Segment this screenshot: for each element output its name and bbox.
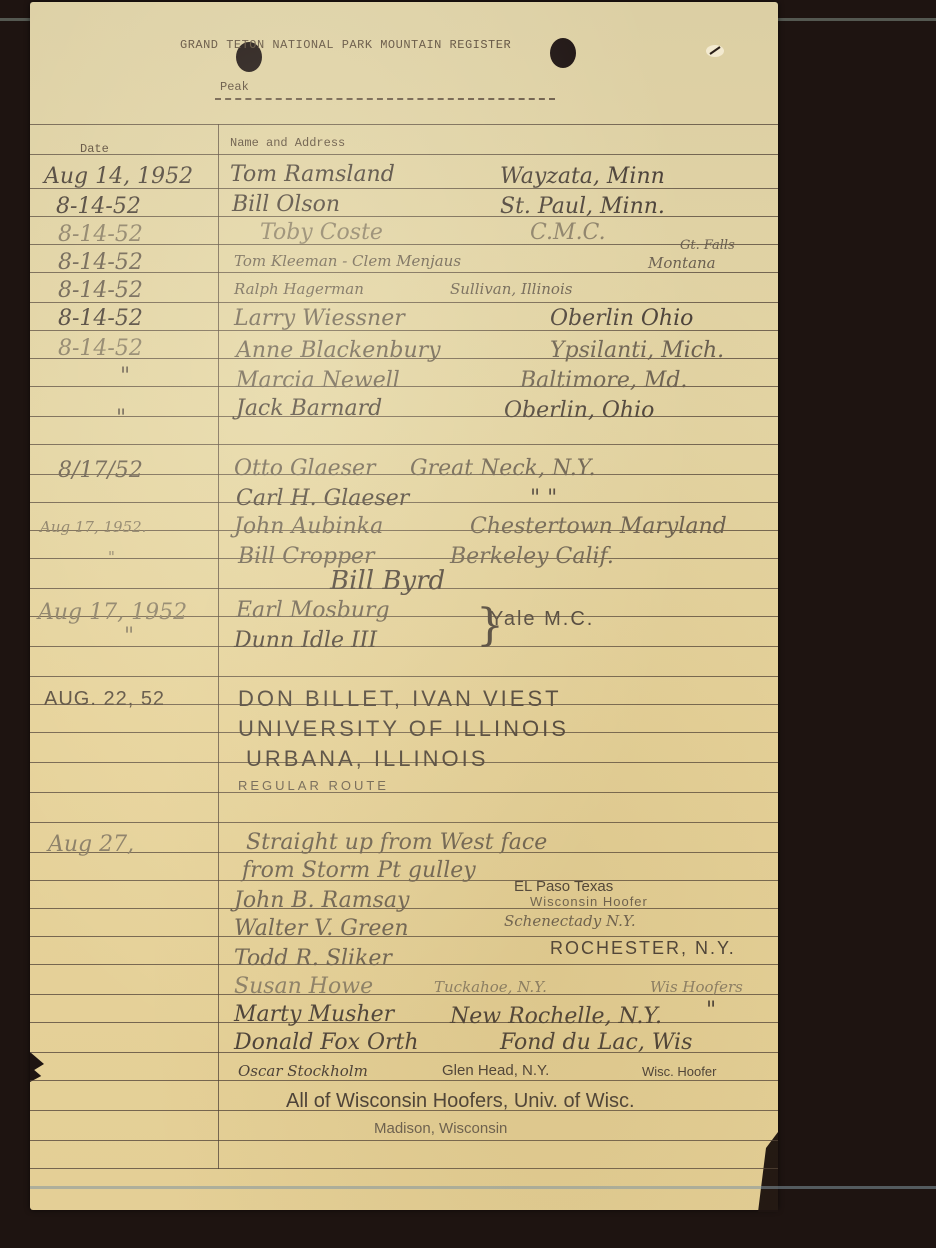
ruled-line bbox=[30, 676, 778, 677]
ruled-line bbox=[30, 1080, 778, 1081]
ruled-line bbox=[30, 822, 778, 823]
entry-address: Sullivan, Illinois bbox=[450, 280, 572, 298]
entry-name: DON BILLET, IVAN VIEST bbox=[238, 686, 562, 712]
entry-name: Tom Kleeman - Clem Menjaus bbox=[234, 252, 461, 270]
entry-name: John B. Ramsay bbox=[234, 888, 409, 913]
entry-note: Gt. Falls bbox=[680, 238, 735, 253]
entry-date: " bbox=[124, 624, 134, 649]
entry-address: ROCHESTER, N.Y. bbox=[550, 938, 736, 959]
entry-note: REGULAR ROUTE bbox=[238, 778, 389, 793]
ruled-line bbox=[30, 444, 778, 445]
entry-note: Wisconsin Hoofer bbox=[530, 894, 648, 909]
entry-date: Aug 17, 1952 bbox=[38, 600, 187, 625]
entry-date: " bbox=[120, 364, 130, 389]
entry-date: " bbox=[108, 548, 115, 566]
entry-address: Montana bbox=[648, 254, 716, 272]
ruled-line bbox=[30, 416, 778, 417]
ruled-line bbox=[30, 732, 778, 733]
entry-name: Ralph Hagerman bbox=[234, 280, 364, 298]
ruled-line bbox=[30, 908, 778, 909]
entry-note: from Storm Pt gulley bbox=[242, 858, 476, 883]
column-divider bbox=[218, 124, 219, 1169]
entry-name: Tom Ramsland bbox=[230, 162, 395, 187]
ruled-line bbox=[30, 302, 778, 303]
ruled-line bbox=[30, 558, 778, 559]
entry-address: " " bbox=[530, 486, 557, 511]
entry-address: Schenectady N.Y. bbox=[504, 912, 636, 930]
entry-date: 8/17/52 bbox=[58, 458, 143, 483]
entry-name: Bill Byrd bbox=[330, 566, 445, 596]
entry-date: 8-14-52 bbox=[58, 306, 143, 331]
entry-name: Carl H. Glaeser bbox=[236, 486, 409, 511]
ruled-line bbox=[30, 1110, 778, 1111]
entry-name: UNIVERSITY OF ILLINOIS bbox=[238, 716, 569, 742]
ruled-line bbox=[30, 792, 778, 793]
entry-address: Berkeley Calif. bbox=[450, 544, 614, 569]
entry-address: Oberlin Ohio bbox=[550, 306, 693, 331]
entry-name: Marcia Newell bbox=[236, 368, 400, 393]
entry-note: Straight up from West face bbox=[246, 830, 547, 855]
entry-date: Aug 14, 1952 bbox=[44, 164, 193, 189]
ruled-line bbox=[30, 386, 778, 387]
entry-address: Wayzata, Minn bbox=[500, 164, 665, 189]
register-sheet: GRAND TETON NATIONAL PARK MOUNTAIN REGIS… bbox=[30, 2, 778, 1210]
ruled-line bbox=[30, 530, 778, 531]
entry-name: Donald Fox Orth bbox=[234, 1030, 419, 1055]
entry-name: Susan Howe bbox=[234, 974, 373, 999]
entry-date: " bbox=[116, 406, 126, 431]
column-name-address: Name and Address bbox=[230, 136, 345, 150]
entry-address: St. Paul, Minn. bbox=[500, 194, 665, 219]
ruled-line bbox=[30, 358, 778, 359]
entry-name: Bill Cropper bbox=[238, 544, 375, 569]
ruled-line bbox=[30, 188, 778, 189]
entry-date: 8-14-52 bbox=[58, 250, 143, 275]
ruled-line bbox=[30, 936, 778, 937]
entry-address: C.M.C. bbox=[530, 220, 606, 245]
entry-name: Jack Barnard bbox=[236, 396, 382, 421]
ruled-line bbox=[30, 216, 778, 217]
ruled-line bbox=[30, 330, 778, 331]
ruled-line bbox=[30, 1140, 778, 1141]
ruled-line bbox=[30, 272, 778, 273]
entry-name: Dunn Idle III bbox=[234, 628, 377, 653]
ruled-line bbox=[30, 588, 778, 589]
entry-address: Oberlin, Ohio bbox=[504, 398, 654, 423]
entry-note: " bbox=[706, 998, 716, 1023]
entry-date: AUG. 22, 52 bbox=[44, 688, 165, 711]
brace-mark: } bbox=[476, 600, 504, 651]
entry-address: Ypsilanti, Mich. bbox=[550, 338, 724, 363]
ruled-line bbox=[30, 762, 778, 763]
form-title: GRAND TETON NATIONAL PARK MOUNTAIN REGIS… bbox=[180, 38, 511, 52]
torn-edge-right bbox=[758, 1132, 778, 1212]
entry-name: Bill Olson bbox=[232, 192, 340, 217]
entry-address: EL Paso Texas bbox=[514, 878, 613, 895]
torn-edge-left bbox=[30, 1052, 44, 1082]
entry-name: Larry Wiessner bbox=[234, 306, 405, 331]
ruled-line bbox=[30, 1022, 778, 1023]
entry-date: 8-14-52 bbox=[58, 336, 143, 361]
entry-name: Walter V. Green bbox=[234, 916, 409, 941]
entry-address: Chestertown Maryland bbox=[470, 514, 727, 539]
ruled-line bbox=[30, 880, 778, 881]
punch-hole-left bbox=[236, 42, 262, 72]
entry-name: Oscar Stockholm bbox=[238, 1062, 368, 1080]
entry-name: Anne Blackenbury bbox=[236, 338, 441, 363]
entry-note: Wisc. Hoofer bbox=[642, 1064, 716, 1079]
entry-name: URBANA, ILLINOIS bbox=[246, 746, 488, 772]
ruled-line bbox=[30, 502, 778, 503]
entry-address: Baltimore, Md. bbox=[520, 368, 687, 393]
ruled-line bbox=[30, 994, 778, 995]
ruled-line bbox=[30, 1052, 778, 1053]
entry-address: Yale M.C. bbox=[490, 608, 594, 631]
ruled-line bbox=[30, 244, 778, 245]
ruled-line bbox=[30, 1168, 778, 1169]
entry-name: John Aubinka bbox=[234, 514, 383, 539]
ruled-line bbox=[30, 616, 778, 617]
entry-address: Glen Head, N.Y. bbox=[442, 1062, 549, 1079]
column-date: Date bbox=[80, 142, 109, 156]
ruled-line bbox=[30, 474, 778, 475]
entry-address: New Rochelle, N.Y. bbox=[450, 1004, 662, 1029]
entry-note: Madison, Wisconsin bbox=[374, 1120, 507, 1137]
ruled-line bbox=[30, 646, 778, 647]
peak-field bbox=[215, 98, 555, 100]
entry-name: Toby Coste bbox=[260, 220, 383, 245]
header-rule bbox=[30, 124, 778, 125]
ruled-line bbox=[30, 964, 778, 965]
frame-glass-reflection bbox=[30, 1186, 936, 1189]
entry-date: Aug 27, bbox=[48, 832, 134, 857]
entry-address: Tuckahoe, N.Y. bbox=[434, 978, 547, 996]
entry-address: Fond du Lac, Wis bbox=[500, 1030, 692, 1055]
entry-note: Wis Hoofers bbox=[650, 978, 743, 996]
entry-date: Aug 17, 1952. bbox=[40, 518, 146, 536]
entry-name: Todd R. Sliker bbox=[234, 946, 392, 971]
entry-date: 8-14-52 bbox=[58, 278, 143, 303]
peak-label: Peak bbox=[220, 80, 249, 94]
entry-date: 8-14-52 bbox=[58, 222, 143, 247]
entry-address: Great Neck, N.Y. bbox=[410, 456, 596, 481]
ruled-line bbox=[30, 852, 778, 853]
ruled-line bbox=[30, 704, 778, 705]
entry-note: All of Wisconsin Hoofers, Univ. of Wisc. bbox=[286, 1090, 635, 1113]
pin-icon bbox=[706, 44, 724, 58]
punch-hole-right bbox=[550, 38, 576, 68]
entry-name: Marty Musher bbox=[234, 1002, 394, 1027]
entry-date: 8-14-52 bbox=[56, 194, 141, 219]
entry-name: Earl Mosburg bbox=[236, 598, 390, 623]
entry-name: Otto Glaeser bbox=[234, 456, 376, 481]
ruled-line bbox=[30, 154, 778, 155]
